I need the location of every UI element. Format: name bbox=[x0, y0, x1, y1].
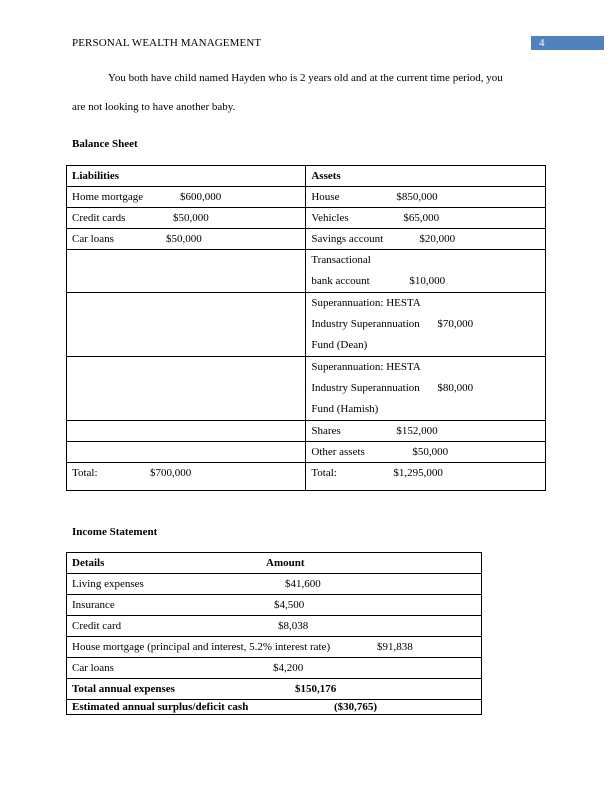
asset-cell: House$850,000 bbox=[306, 187, 546, 208]
text-label: $700,000 bbox=[150, 467, 191, 479]
text-label: Shares bbox=[311, 421, 396, 441]
text-label: $50,000 bbox=[412, 446, 448, 458]
assets-total-cell: Total:$1,295,000 bbox=[306, 463, 546, 491]
asset-cell: Other assets$50,000 bbox=[306, 442, 546, 463]
text-label: Details bbox=[72, 553, 266, 573]
text-label: bank account bbox=[311, 271, 409, 292]
table-row: Shares$152,000 bbox=[67, 421, 546, 442]
text-label: Other assets bbox=[311, 442, 412, 462]
table-row: Home mortgage$600,000 House$850,000 bbox=[67, 187, 546, 208]
text-label: Car loans bbox=[72, 229, 166, 249]
text-label: Total: bbox=[311, 463, 393, 483]
text-label: House mortgage (principal and interest, … bbox=[72, 637, 377, 657]
balance-sheet-heading: Balance Sheet bbox=[72, 138, 138, 150]
income-statement-heading: Income Statement bbox=[72, 526, 157, 538]
empty-cell bbox=[67, 293, 306, 357]
table-row: Credit cards$50,000 Vehicles$65,000 bbox=[67, 208, 546, 229]
asset-cell: Savings account$20,000 bbox=[306, 229, 546, 250]
text-label: Vehicles bbox=[311, 208, 403, 228]
table-row: House mortgage (principal and interest, … bbox=[67, 637, 482, 658]
text-label: $850,000 bbox=[396, 191, 437, 203]
text-label: $10,000 bbox=[409, 275, 445, 287]
text-label: Home mortgage bbox=[72, 187, 180, 207]
table-row: Liabilities Assets bbox=[67, 166, 546, 187]
text-label: Credit card bbox=[72, 616, 278, 636]
text-label: Car loans bbox=[72, 658, 273, 678]
income-header-cell: DetailsAmount bbox=[67, 553, 482, 574]
text-label: Amount bbox=[266, 557, 305, 569]
table-row: DetailsAmount bbox=[67, 553, 482, 574]
text-label: House bbox=[311, 187, 396, 207]
liability-cell: Car loans$50,000 bbox=[67, 229, 306, 250]
table-row: Insurance$4,500 bbox=[67, 595, 482, 616]
text-label: Industry Superannuation bbox=[311, 378, 437, 399]
assets-header: Assets bbox=[306, 166, 546, 187]
table-row: Total:$700,000 Total:$1,295,000 bbox=[67, 463, 546, 491]
empty-cell bbox=[67, 421, 306, 442]
income-row-cell: Credit card$8,038 bbox=[67, 616, 482, 637]
table-row: Car loans$50,000 Savings account$20,000 bbox=[67, 229, 546, 250]
liabilities-total-cell: Total:$700,000 bbox=[67, 463, 306, 491]
balance-sheet-table: Liabilities Assets Home mortgage$600,000… bbox=[66, 165, 546, 491]
text-label: Savings account bbox=[311, 229, 419, 249]
text-label: $50,000 bbox=[166, 233, 202, 245]
table-row: Superannuation: HESTA Industry Superannu… bbox=[67, 293, 546, 357]
text-label: Credit cards bbox=[72, 208, 173, 228]
text-label: Superannuation: HESTA bbox=[311, 357, 540, 378]
table-row: Car loans$4,200 bbox=[67, 658, 482, 679]
text-label: Fund (Hamish) bbox=[311, 399, 540, 420]
asset-cell: Superannuation: HESTA Industry Superannu… bbox=[306, 293, 546, 357]
income-row-cell: Car loans$4,200 bbox=[67, 658, 482, 679]
text-label: $1,295,000 bbox=[393, 467, 443, 479]
liability-cell: Home mortgage$600,000 bbox=[67, 187, 306, 208]
text-label: ($30,765) bbox=[334, 701, 377, 713]
liability-cell: Credit cards$50,000 bbox=[67, 208, 306, 229]
text-label: $20,000 bbox=[419, 233, 455, 245]
text-label: $50,000 bbox=[173, 212, 209, 224]
text-label: $150,176 bbox=[295, 683, 336, 695]
text-label: $4,500 bbox=[274, 599, 304, 611]
table-row: Transactional bank account$10,000 bbox=[67, 250, 546, 293]
income-row-cell: Insurance$4,500 bbox=[67, 595, 482, 616]
text-label: Transactional bbox=[311, 250, 540, 271]
text-label: Estimated annual surplus/deficit cash bbox=[72, 700, 334, 714]
page-number-box: 4 bbox=[531, 36, 604, 50]
asset-cell: Transactional bank account$10,000 bbox=[306, 250, 546, 293]
text-label: $152,000 bbox=[396, 425, 437, 437]
income-row-cell: Living expenses$41,600 bbox=[67, 574, 482, 595]
table-row: Total annual expenses$150,176 bbox=[67, 679, 482, 700]
text-label: Fund (Dean) bbox=[311, 335, 540, 356]
table-row: Superannuation: HESTA Industry Superannu… bbox=[67, 357, 546, 421]
text-label: $80,000 bbox=[437, 382, 473, 394]
header-title: PERSONAL WEALTH MANAGEMENT bbox=[72, 37, 261, 49]
intro-line-2: are not looking to have another baby. bbox=[72, 101, 235, 113]
empty-cell bbox=[67, 442, 306, 463]
total-expenses-cell: Total annual expenses$150,176 bbox=[67, 679, 482, 700]
text-label: Living expenses bbox=[72, 574, 285, 594]
text-label: $65,000 bbox=[403, 212, 439, 224]
text-label: $70,000 bbox=[437, 318, 473, 330]
text-label: $41,600 bbox=[285, 578, 321, 590]
empty-cell bbox=[67, 250, 306, 293]
surplus-deficit-cell: Estimated annual surplus/deficit cash($3… bbox=[67, 700, 482, 715]
table-row: Living expenses$41,600 bbox=[67, 574, 482, 595]
intro-paragraph: You both have child named Hayden who is … bbox=[72, 64, 542, 122]
text-label: Superannuation: HESTA bbox=[311, 293, 540, 314]
text-label: Insurance bbox=[72, 595, 274, 615]
text-label: $91,838 bbox=[377, 641, 413, 653]
asset-cell: Superannuation: HESTA Industry Superannu… bbox=[306, 357, 546, 421]
text-label: $4,200 bbox=[273, 662, 303, 674]
asset-cell: Shares$152,000 bbox=[306, 421, 546, 442]
page-number: 4 bbox=[539, 36, 545, 50]
text-label: $8,038 bbox=[278, 620, 308, 632]
table-row: Other assets$50,000 bbox=[67, 442, 546, 463]
text-label: $600,000 bbox=[180, 191, 221, 203]
table-row: Credit card$8,038 bbox=[67, 616, 482, 637]
empty-cell bbox=[67, 357, 306, 421]
table-row: Estimated annual surplus/deficit cash($3… bbox=[67, 700, 482, 715]
asset-cell: Vehicles$65,000 bbox=[306, 208, 546, 229]
text-label: Industry Superannuation bbox=[311, 314, 437, 335]
liabilities-header: Liabilities bbox=[67, 166, 306, 187]
income-statement-table: DetailsAmount Living expenses$41,600 Ins… bbox=[66, 552, 482, 715]
intro-line-1: You both have child named Hayden who is … bbox=[108, 72, 503, 84]
text-label: Total: bbox=[72, 463, 150, 483]
text-label: Total annual expenses bbox=[72, 679, 295, 699]
income-row-cell: House mortgage (principal and interest, … bbox=[67, 637, 482, 658]
